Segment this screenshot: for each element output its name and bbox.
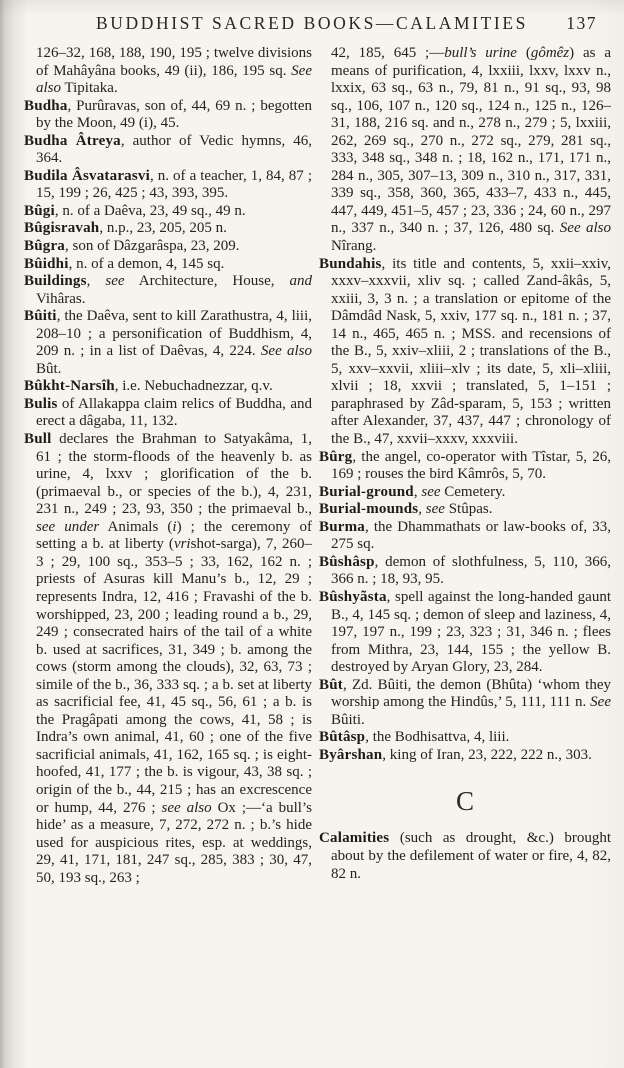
- scanned-book-page: BUDDHIST SACRED BOOKS—CALAMITIES 137 126…: [0, 0, 624, 1068]
- index-headword: Budha Âtreya: [24, 133, 121, 149]
- index-entry: Buildings, see Architecture, House, and …: [24, 273, 312, 308]
- cross-reference: vri: [174, 536, 191, 552]
- index-headword: Buildings: [24, 273, 87, 289]
- entry-text: Architecture, House,: [125, 273, 290, 289]
- index-headword: Bût: [319, 677, 343, 693]
- index-entry: Bûidhi, n. of a demon, 4, 145 sq.: [24, 256, 312, 274]
- index-entry: Bûtâsp, the Bodhisattva, 4, liii.: [319, 729, 611, 747]
- index-headword: Burma: [319, 519, 365, 535]
- index-entry: Bûgra, son of Dâzgarâspa, 23, 209.: [24, 238, 312, 256]
- index-headword: Bûkht-Narsîh: [24, 378, 115, 394]
- cross-reference: see under: [36, 519, 99, 535]
- cross-reference: see: [421, 484, 440, 500]
- index-headword: Burial-ground: [319, 484, 414, 500]
- running-head: BUDDHIST SACRED BOOKS—CALAMITIES: [0, 13, 624, 34]
- index-entry: 42, 185, 645 ;—bull’s urine (gômêz) as a…: [319, 45, 611, 256]
- right-column: 42, 185, 645 ;—bull’s urine (gômêz) as a…: [319, 45, 611, 883]
- index-entry: Budha, Purûravas, son of, 44, 69 n. ; be…: [24, 98, 312, 133]
- index-entry: Bûshyãsta, spell against the long-handed…: [319, 589, 611, 677]
- cross-reference: bull’s urine: [444, 45, 517, 61]
- left-column: 126–32, 168, 188, 190, 195 ; twelve divi…: [24, 45, 312, 887]
- index-entry: Bûrg, the angel, co-operator with Tîstar…: [319, 449, 611, 484]
- index-entry: 126–32, 168, 188, 190, 195 ; twelve divi…: [24, 45, 312, 98]
- entry-text: declares the Brahman to Satyakâma, 1, 61…: [36, 431, 312, 517]
- index-headword: Bulis: [24, 396, 58, 412]
- index-headword: Bûgisravah: [24, 220, 99, 236]
- index-headword: Bûtâsp: [319, 729, 365, 745]
- cross-reference: and: [290, 273, 313, 289]
- index-entry: Bût, Zd. Bûiti, the demon (Bhûta) ‘whom …: [319, 677, 611, 730]
- index-entry: Bull declares the Brahman to Satyakâma, …: [24, 431, 312, 887]
- page-number: 137: [566, 13, 597, 34]
- entry-text: Cemetery.: [441, 484, 506, 500]
- index-headword: Bûgi: [24, 203, 55, 219]
- index-headword: Budha: [24, 98, 68, 114]
- index-headword: Bûshâsp: [319, 554, 375, 570]
- entry-text: Tipitaka.: [61, 80, 118, 96]
- index-headword: Calamities: [319, 830, 389, 846]
- index-entry: Bûiti, the Daêva, sent to kill Zarathust…: [24, 308, 312, 378]
- entry-text: , n.p., 23, 205, 205 n.: [99, 220, 227, 236]
- index-headword: Budila Âsvatarasvi: [24, 168, 150, 184]
- cross-reference: see: [426, 501, 445, 517]
- index-headword: Bûiti: [24, 308, 57, 324]
- entry-text: Bûiti.: [331, 712, 365, 728]
- section-heading: C: [319, 787, 611, 815]
- entry-text: , n. of a demon, 4, 145 sq.: [69, 256, 225, 272]
- index-headword: Bull: [24, 431, 51, 447]
- index-headword: Bûshyãsta: [319, 589, 387, 605]
- entry-text: , the Bodhisattva, 4, liii.: [365, 729, 509, 745]
- entry-text: , Zd. Bûiti, the demon (Bhûta) ‘whom the…: [331, 677, 611, 711]
- index-headword: Bundahis: [319, 256, 381, 272]
- index-headword: Byârshan: [319, 747, 382, 763]
- entry-text: Vihâras.: [36, 291, 86, 307]
- entry-text: 42, 185, 645 ;—: [331, 45, 444, 61]
- index-entry: Budila Âsvatarasvi, n. of a teacher, 1, …: [24, 168, 312, 203]
- cross-reference: See: [590, 694, 611, 710]
- index-entry: Bulis of Allakappa claim relics of Buddh…: [24, 396, 312, 431]
- entry-text: , the Dhammathats or law-books of, 33, 2…: [331, 519, 611, 553]
- index-entry: Bûshâsp, demon of slothfulness, 5, 110, …: [319, 554, 611, 589]
- entry-text: , i.e. Nebuchadnezzar, q.v.: [115, 378, 273, 394]
- index-headword: Bûrg: [319, 449, 352, 465]
- entry-text: ) as a means of purification, 4, lxxiii,…: [331, 45, 611, 236]
- index-entry: Budha Âtreya, author of Vedic hymns, 46,…: [24, 133, 312, 168]
- index-entry: Byârshan, king of Iran, 23, 222, 222 n.,…: [319, 747, 611, 765]
- cross-reference: See also: [560, 220, 611, 236]
- entry-text: , n. of a Daêva, 23, 49 sq., 49 n.: [55, 203, 246, 219]
- entry-text: , the angel, co-operator with Tîstar, 5,…: [331, 449, 611, 483]
- entry-text: , its title and contents, 5, xxii–xxiv, …: [331, 256, 611, 447]
- entry-text: Animals (: [99, 519, 172, 535]
- entry-text: shot-sarga), 7, 260–3 ; 29, 100 sq., 353…: [36, 536, 312, 815]
- cross-reference: see: [105, 273, 124, 289]
- entry-text: of Allakappa claim relics of Buddha, and…: [36, 396, 312, 430]
- entry-text: Nîrang.: [331, 238, 376, 254]
- entry-text: 126–32, 168, 188, 190, 195 ; twelve divi…: [36, 45, 312, 79]
- index-entry: Burial-ground, see Cemetery.: [319, 484, 611, 502]
- cross-reference: See also: [261, 343, 312, 359]
- index-headword: Bûidhi: [24, 256, 69, 272]
- entry-text: Stûpas.: [445, 501, 493, 517]
- cross-reference: see also: [162, 800, 212, 816]
- index-entry: Calamities (such as drought, &c.) brough…: [319, 830, 611, 883]
- index-headword: Bûgra: [24, 238, 65, 254]
- index-entry: Bûkht-Narsîh, i.e. Nebuchadnezzar, q.v.: [24, 378, 312, 396]
- index-entry: Burial-mounds, see Stûpas.: [319, 501, 611, 519]
- index-entry: Bundahis, its title and contents, 5, xxi…: [319, 256, 611, 449]
- cross-reference: gômêz: [531, 45, 569, 61]
- entry-text: ,: [87, 273, 106, 289]
- entry-text: ,: [418, 501, 426, 517]
- index-headword: Burial-mounds: [319, 501, 418, 517]
- entry-text: Bût.: [36, 361, 61, 377]
- index-entry: Bûgisravah, n.p., 23, 205, 205 n.: [24, 220, 312, 238]
- entry-text: , son of Dâzgarâspa, 23, 209.: [65, 238, 240, 254]
- index-entry: Bûgi, n. of a Daêva, 23, 49 sq., 49 n.: [24, 203, 312, 221]
- index-entry: Burma, the Dhammathats or law-books of, …: [319, 519, 611, 554]
- entry-text: , Purûravas, son of, 44, 69 n. ; begotte…: [36, 98, 312, 132]
- entry-text: , king of Iran, 23, 222, 222 n., 303.: [382, 747, 592, 763]
- entry-text: (: [517, 45, 531, 61]
